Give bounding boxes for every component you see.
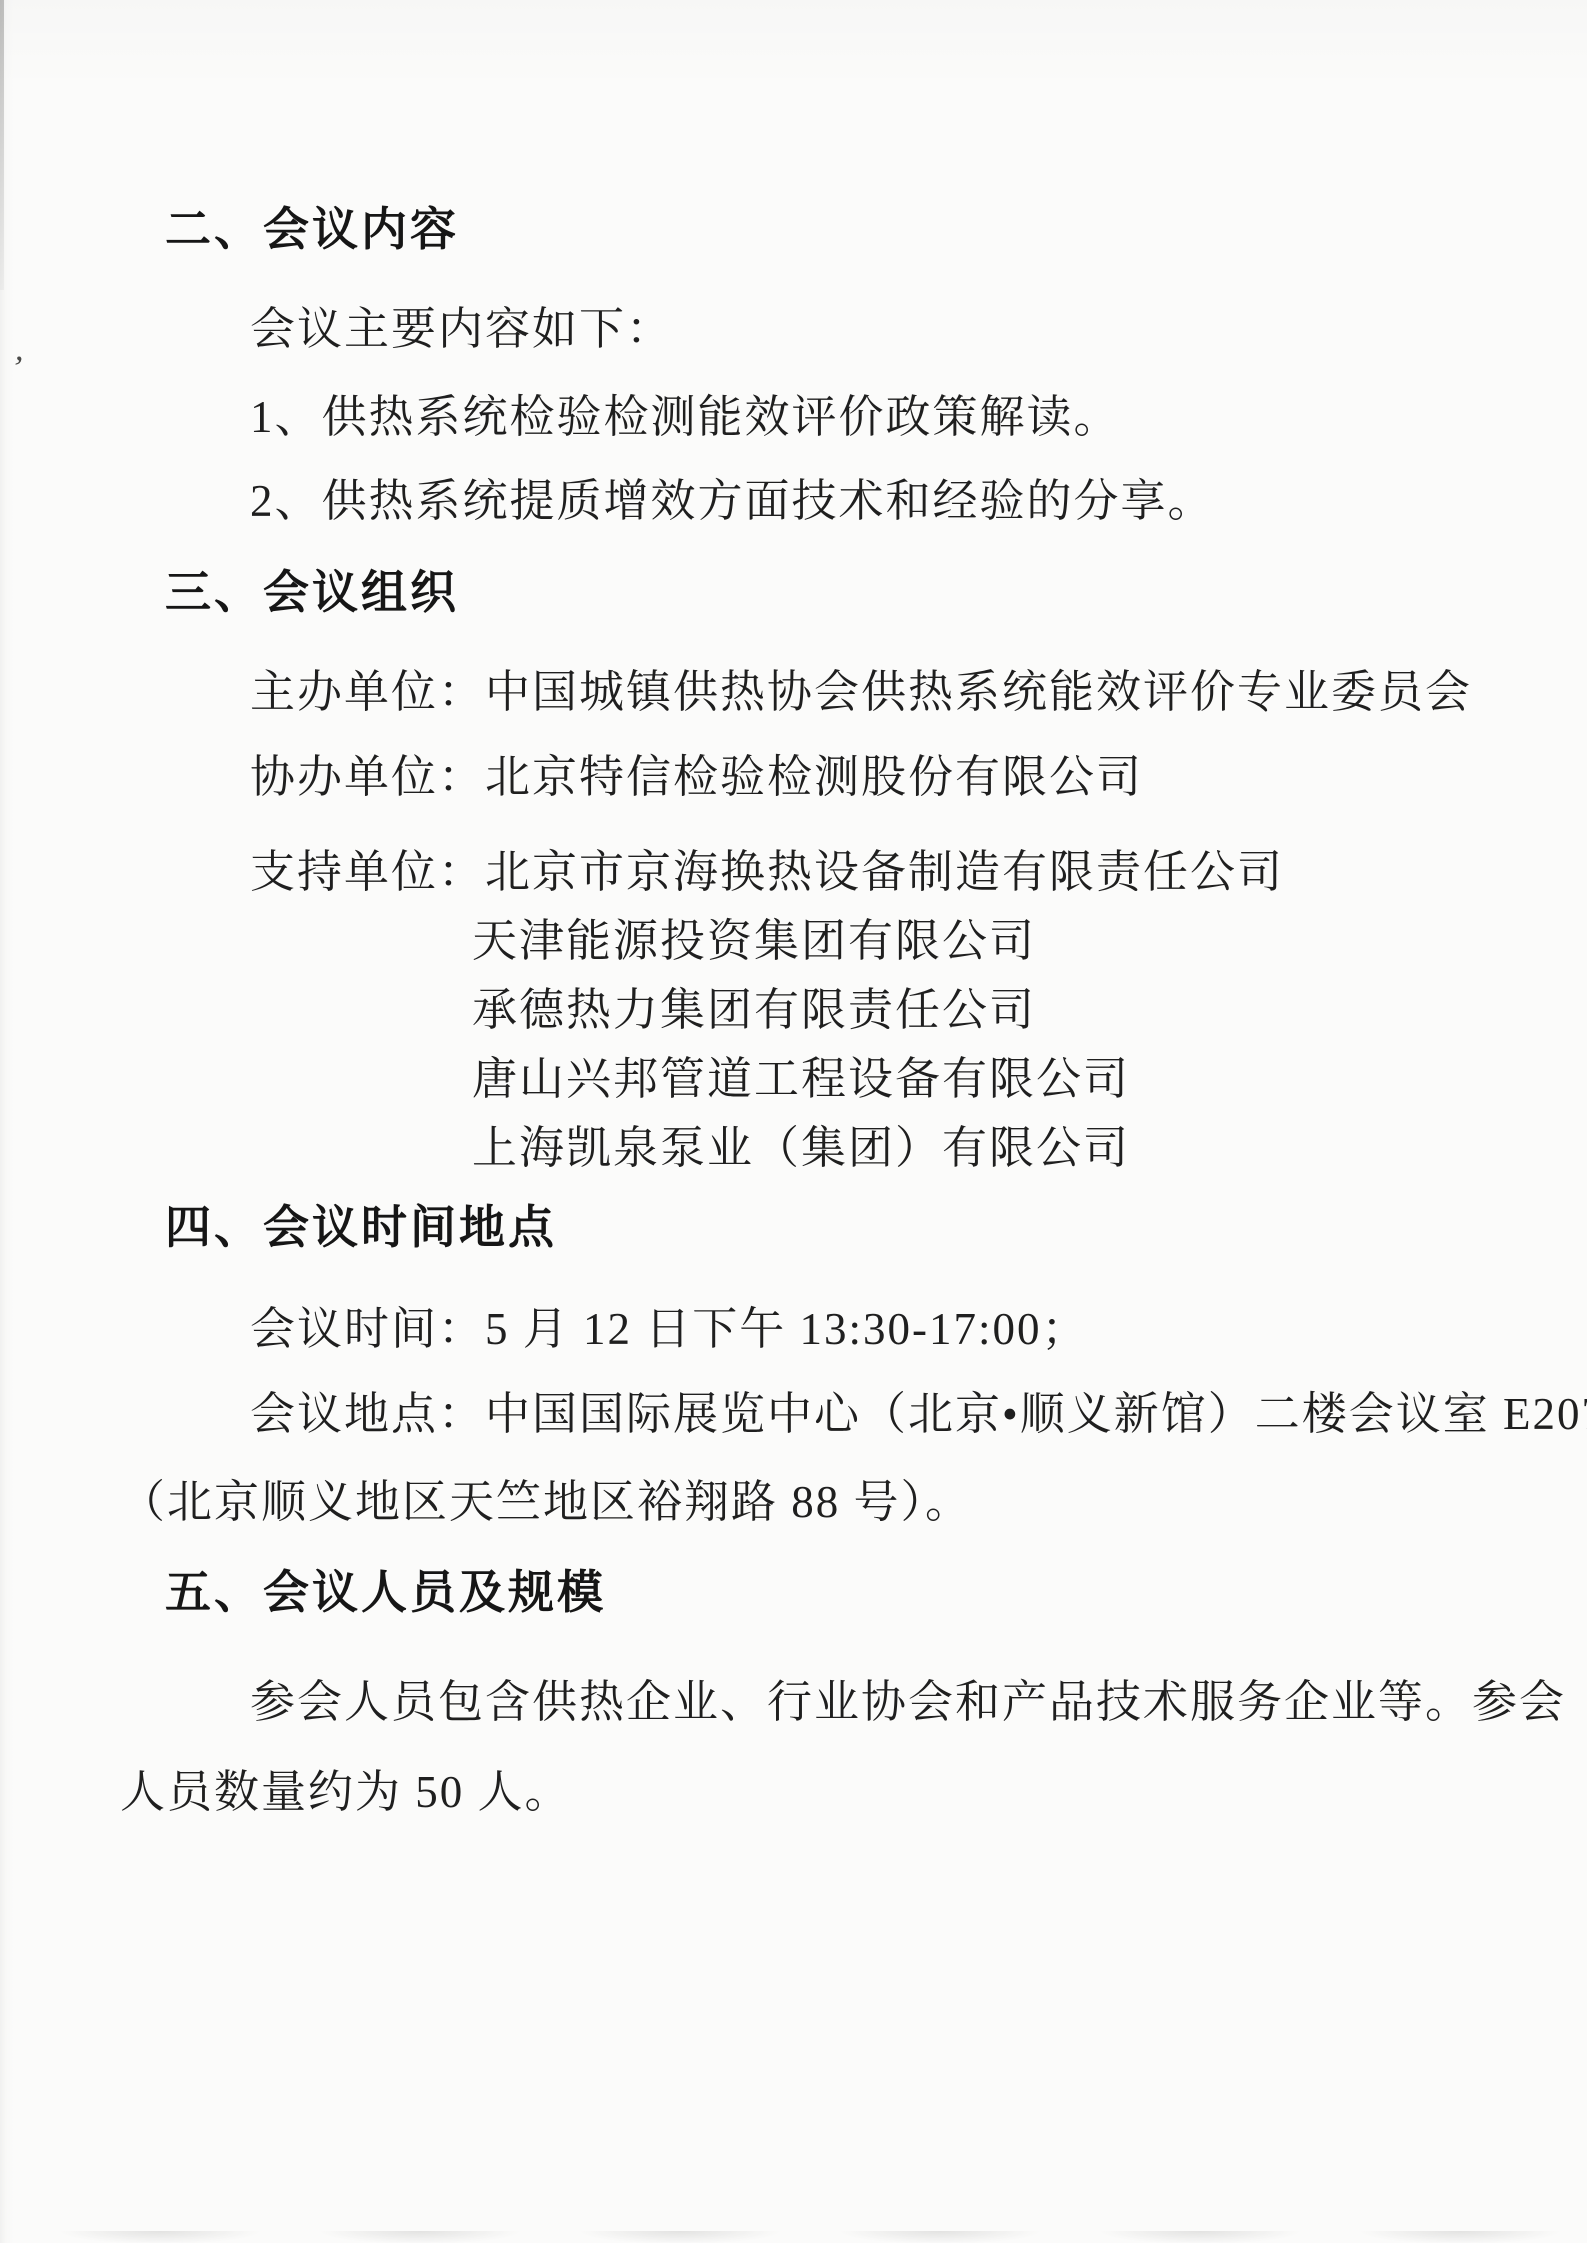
organizer-host-line: 主办单位：中国城镇供热协会供热系统能效评价专业委员会	[250, 668, 1457, 716]
support-company-line: 天津能源投资集团有限公司	[472, 917, 1457, 965]
section-heading-attendees: 五、会议人员及规模	[165, 1568, 1457, 1618]
support-company-line: 唐山兴邦管道工程设备有限公司	[472, 1055, 1457, 1103]
organizer-co-host-label: 协办单位：	[250, 752, 485, 802]
support-company-line: 上海凯泉泵业（集团）有限公司	[472, 1124, 1457, 1172]
attendees-count-line: 人员数量约为 50 人。	[120, 1768, 1457, 1816]
meeting-place-line: 会议地点：中国国际展览中心（北京•顺义新馆）二楼会议室 E207	[250, 1390, 1457, 1438]
scan-speck-mark: ’	[10, 351, 26, 386]
scan-bottom-paper-edge	[0, 2217, 1587, 2243]
section-heading-meeting-organization: 三、会议组织	[165, 568, 1457, 618]
scan-left-edge-shadow	[0, 0, 4, 290]
organizer-host-value: 中国城镇供热协会供热系统能效评价专业委员会	[485, 667, 1472, 717]
organizer-co-host-line: 协办单位：北京特信检验检测股份有限公司	[250, 753, 1457, 801]
organizer-support-line: 支持单位：北京市京海换热设备制造有限责任公司	[250, 848, 1457, 896]
attendees-paragraph-line: 参会人员包含供热企业、行业协会和产品技术服务企业等。参会	[250, 1678, 1457, 1726]
paragraph-line: 会议主要内容如下：	[250, 305, 1457, 353]
organizer-co-host-value: 北京特信检验检测股份有限公司	[485, 752, 1143, 802]
meeting-address-line: （北京顺义地区天竺地区裕翔路 88 号）。	[120, 1478, 1457, 1526]
support-company-line: 承德热力集团有限责任公司	[472, 986, 1457, 1034]
meeting-time-line: 会议时间：5 月 12 日下午 13:30-17:00；	[250, 1305, 1457, 1353]
organizer-support-label: 支持单位：	[250, 847, 485, 897]
organizer-host-label: 主办单位：	[250, 667, 485, 717]
section-heading-time-place: 四、会议时间地点	[165, 1203, 1457, 1253]
organizer-support-value: 北京市京海换热设备制造有限责任公司	[485, 847, 1284, 897]
section-heading-meeting-content: 二、会议内容	[165, 205, 1457, 255]
document-page: ’ 二、会议内容 会议主要内容如下： 1、供热系统检验检测能效评价政策解读。 2…	[0, 0, 1587, 2243]
paragraph-line-item-1: 1、供热系统检验检测能效评价政策解读。	[250, 393, 1457, 441]
paragraph-line-item-2: 2、供热系统提质增效方面技术和经验的分享。	[250, 477, 1457, 525]
